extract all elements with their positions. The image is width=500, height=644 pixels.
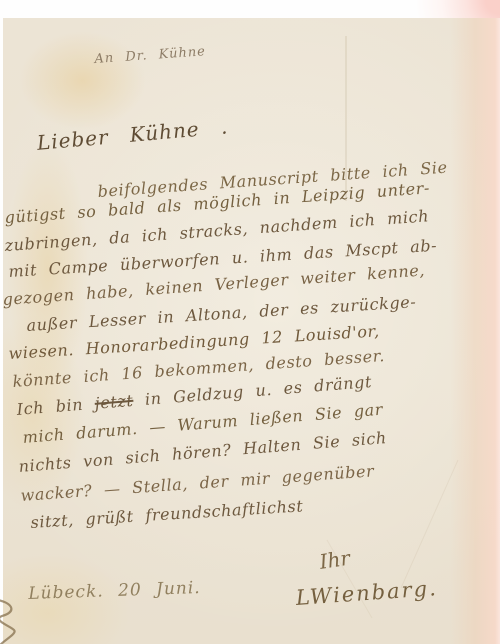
paper-crease <box>401 460 459 588</box>
closing-word: Ihr <box>318 546 351 574</box>
ink-blot-flourish <box>0 596 22 644</box>
scanned-letter-page: An Dr. Kühne Lieber Kühne . beifolgendes… <box>0 0 500 644</box>
struck-out-word: jetzt <box>94 391 134 413</box>
